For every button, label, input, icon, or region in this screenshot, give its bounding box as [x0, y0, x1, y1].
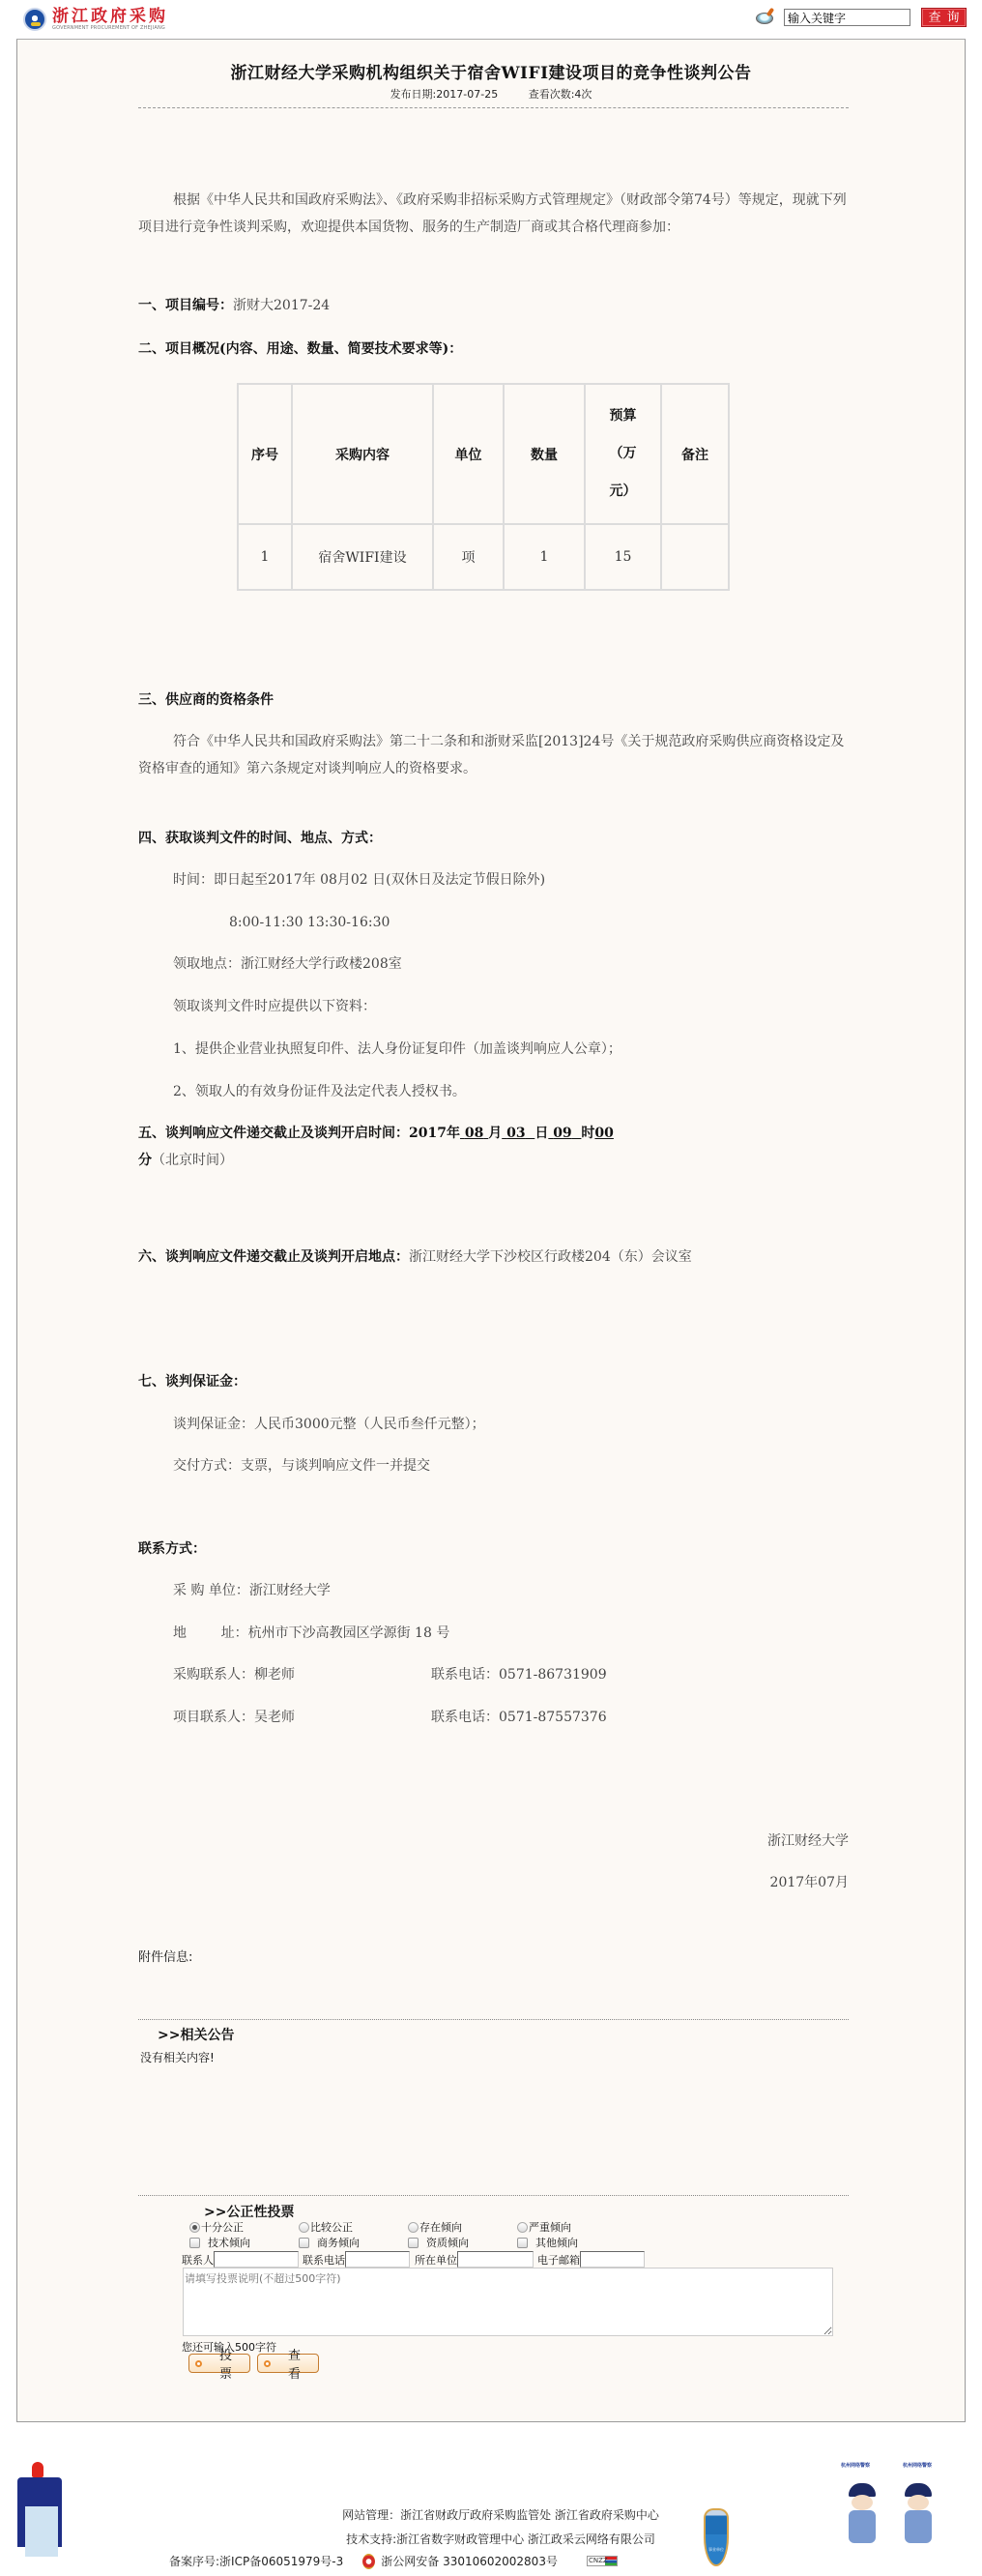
deposit-method: 交付方式：支票，与谈判响应文件一并提交 — [138, 1452, 849, 1479]
radio-icon[interactable] — [517, 2222, 528, 2233]
site-footer: 网站管理：浙江省财政厅政府采购监管处 浙江省政府采购中心 技术支持:浙江省数字财… — [0, 2429, 982, 2576]
contact-buyer: 采购联系人：柳老师联系电话：0571-86731909 — [138, 1661, 849, 1688]
article-meta: 发布日期:2017-07-25 查看次数:4次 — [17, 86, 965, 102]
vote-contact-fields: 联系人 联系电话 所在单位 电子邮箱 — [182, 2251, 645, 2268]
cell-budget: 15 — [585, 524, 661, 590]
checkbox-icon[interactable] — [408, 2238, 419, 2248]
logo-title: 浙江政府采购 — [52, 8, 168, 25]
table-header-row: 序号 采购内容 单位 数量 预算（万元） 备注 — [238, 384, 729, 524]
col-header-index: 序号 — [238, 384, 292, 524]
related-title: >>相关公告 — [158, 2025, 234, 2044]
radio-icon[interactable] — [189, 2222, 200, 2233]
phone-input[interactable] — [345, 2251, 410, 2268]
radio-very-fair[interactable]: 十分公正 — [189, 2219, 299, 2235]
radio-some-bias[interactable]: 存在倾向 — [408, 2219, 517, 2235]
divider — [138, 2195, 849, 2196]
obtain-hours: 8:00-11:30 13:30-16:30 — [138, 909, 849, 936]
section-project-overview: 二、项目概况(内容、用途、数量、简要技术要求等)： — [138, 336, 849, 363]
icp-record[interactable]: 备案序号:浙ICP备06051979号-3 — [169, 2553, 343, 2569]
obtain-time: 时间：即日起至2017年 08月02 日(双休日及法定节假日除外) — [138, 866, 849, 893]
section-obtain-docs: 四、获取谈判文件的时间、地点、方式： — [138, 825, 849, 852]
page-title: 浙江财经大学采购机构组织关于宿舍WIFI建设项目的竞争性谈判公告 — [17, 59, 965, 83]
footer-site-admin: 网站管理：浙江省财政厅政府采购监管处 浙江省政府采购中心 — [10, 2506, 982, 2523]
checkbox-other-bias[interactable]: 其他倾向 — [517, 2235, 626, 2250]
publish-date: 发布日期:2017-07-25 — [390, 88, 499, 101]
police-record[interactable]: 浙公网安备 33010602002803号 — [381, 2553, 558, 2569]
contact-input[interactable] — [214, 2251, 299, 2268]
cell-quantity: 1 — [504, 524, 585, 590]
contact-project: 项目联系人：吴老师联系电话：0571-87557376 — [138, 1704, 849, 1731]
table-row: 1 宿舍WIFI建设 项 1 15 — [238, 524, 729, 590]
email-label: 电子邮箱 — [537, 2252, 580, 2268]
section-deposit: 七、谈判保证金： — [138, 1368, 849, 1395]
logo-emblem-icon — [23, 8, 46, 31]
cell-content: 宿舍WIFI建设 — [292, 524, 433, 590]
contact-address: 地 址：杭州市下沙高教园区学源街 18 号 — [138, 1620, 849, 1647]
magnifier-icon — [755, 8, 776, 27]
col-header-budget: 预算（万元） — [585, 384, 661, 524]
related-empty: 没有相关内容! — [140, 2049, 215, 2065]
signature-org: 浙江财经大学 — [138, 1828, 849, 1855]
checkbox-icon[interactable] — [299, 2238, 309, 2248]
divider — [138, 107, 849, 108]
section-deadline: 五、谈判响应文件递交截止及谈判开启时间：2017年 08 月 03 日 09 时… — [138, 1120, 849, 1174]
bullet-icon — [264, 2360, 271, 2367]
footer-tech-support: 技术支持:浙江省数字财政管理中心 浙江政采云网络有限公司 — [10, 2531, 982, 2547]
bullet-icon — [195, 2360, 202, 2367]
search-bar: 查询 — [755, 8, 967, 27]
vote-radio-group: 十分公正 比较公正 存在倾向 严重倾向 — [189, 2219, 847, 2235]
col-header-remarks: 备注 — [661, 384, 729, 524]
contact-label: 联系人 — [182, 2252, 214, 2268]
vote-checkbox-group: 技术倾向 商务倾向 资质倾向 其他倾向 — [189, 2235, 847, 2250]
checkbox-icon[interactable] — [517, 2238, 528, 2248]
vote-submit-button[interactable]: 投 票 — [188, 2354, 250, 2373]
view-count: 查看次数:4次 — [529, 88, 592, 101]
logo-subtitle: GOVERNMENT PROCUREMENT OF ZHEJIANG — [52, 25, 168, 31]
site-header: 浙江政府采购 GOVERNMENT PROCUREMENT OF ZHEJIAN… — [0, 0, 982, 39]
org-label: 所在单位 — [415, 2252, 457, 2268]
vote-comment-textarea[interactable] — [183, 2268, 833, 2336]
search-button[interactable]: 查询 — [921, 8, 967, 27]
col-header-quantity: 数量 — [504, 384, 585, 524]
radio-serious-bias[interactable]: 严重倾向 — [517, 2219, 626, 2235]
vote-view-button[interactable]: 查 看 — [257, 2354, 319, 2373]
section-contact: 联系方式： — [138, 1536, 849, 1563]
section-location: 六、谈判响应文件递交截止及谈判开启地点：浙江财经大学下沙校区行政楼204（东）会… — [138, 1244, 849, 1271]
divider — [138, 2019, 849, 2020]
deposit-amount: 谈判保证金：人民币3000元整（人民币叁仟元整）； — [138, 1411, 849, 1438]
contact-buyer-phone: 联系电话：0571-86731909 — [431, 1661, 607, 1688]
material-item-1: 1、提供企业营业执照复印件、法人身份证复印件（加盖谈判响应人公章）； — [138, 1036, 849, 1063]
contact-unit: 采 购 单位：浙江财经大学 — [138, 1577, 849, 1604]
material-item-2: 2、领取人的有效身份证件及法定代表人授权书。 — [138, 1078, 849, 1105]
checkbox-business-bias[interactable]: 商务倾向 — [299, 2235, 408, 2250]
public-institution-shield-icon[interactable]: 事业单位 — [704, 2508, 729, 2566]
cell-unit: 项 — [433, 524, 504, 590]
section-project-number: 一、项目编号：浙财大2017-24 — [138, 292, 849, 319]
checkbox-icon[interactable] — [189, 2238, 200, 2248]
signature-date: 2017年07月 — [138, 1869, 849, 1896]
phone-label: 联系电话 — [303, 2252, 345, 2268]
footer-records: 备案序号:浙ICP备06051979号-3 浙公网安备 330106020028… — [169, 2553, 618, 2569]
email-input[interactable] — [580, 2251, 645, 2268]
col-header-unit: 单位 — [433, 384, 504, 524]
cyber-police-icon[interactable]: 杭州网络警察 杭州网络警察 — [839, 2462, 965, 2559]
radio-fairly-fair[interactable]: 比较公正 — [299, 2219, 408, 2235]
radio-icon[interactable] — [299, 2222, 309, 2233]
procurement-table: 序号 采购内容 单位 数量 预算（万元） 备注 1 宿舍WIFI建设 项 1 1… — [237, 383, 730, 591]
col-header-content: 采购内容 — [292, 384, 433, 524]
attachments-label: 附件信息: — [138, 1947, 192, 1965]
cnzz-stats-icon[interactable]: CNZZ — [587, 2556, 618, 2566]
radio-icon[interactable] — [408, 2222, 419, 2233]
section-qualifications: 三、供应商的资格条件 — [138, 687, 849, 714]
obtain-place: 领取地点：浙江财经大学行政楼208室 — [138, 951, 849, 978]
police-badge-icon — [362, 2554, 375, 2569]
contact-project-phone: 联系电话：0571-87557376 — [431, 1704, 607, 1731]
announcement-panel: 浙江财经大学采购机构组织关于宿舍WIFI建设项目的竞争性谈判公告 发布日期:20… — [16, 39, 966, 2422]
cell-index: 1 — [238, 524, 292, 590]
search-input[interactable] — [784, 9, 910, 26]
qualifications-body: 符合《中华人民共和国政府采购法》第二十二条和和浙财采监[2013]24号《关于规… — [138, 728, 849, 782]
intro-paragraph: 根据《中华人民共和国政府采购法》、《政府采购非招标采购方式管理规定》（财政部令第… — [138, 187, 849, 241]
org-input[interactable] — [457, 2251, 534, 2268]
cell-remarks — [661, 524, 729, 590]
vote-title: >>公正性投票 — [204, 2202, 294, 2221]
site-logo[interactable]: 浙江政府采购 GOVERNMENT PROCUREMENT OF ZHEJIAN… — [23, 8, 168, 31]
checkbox-qualification-bias[interactable]: 资质倾向 — [408, 2235, 517, 2250]
checkbox-tech-bias[interactable]: 技术倾向 — [189, 2235, 299, 2250]
obtain-materials: 领取谈判文件时应提供以下资料： — [138, 993, 849, 1020]
